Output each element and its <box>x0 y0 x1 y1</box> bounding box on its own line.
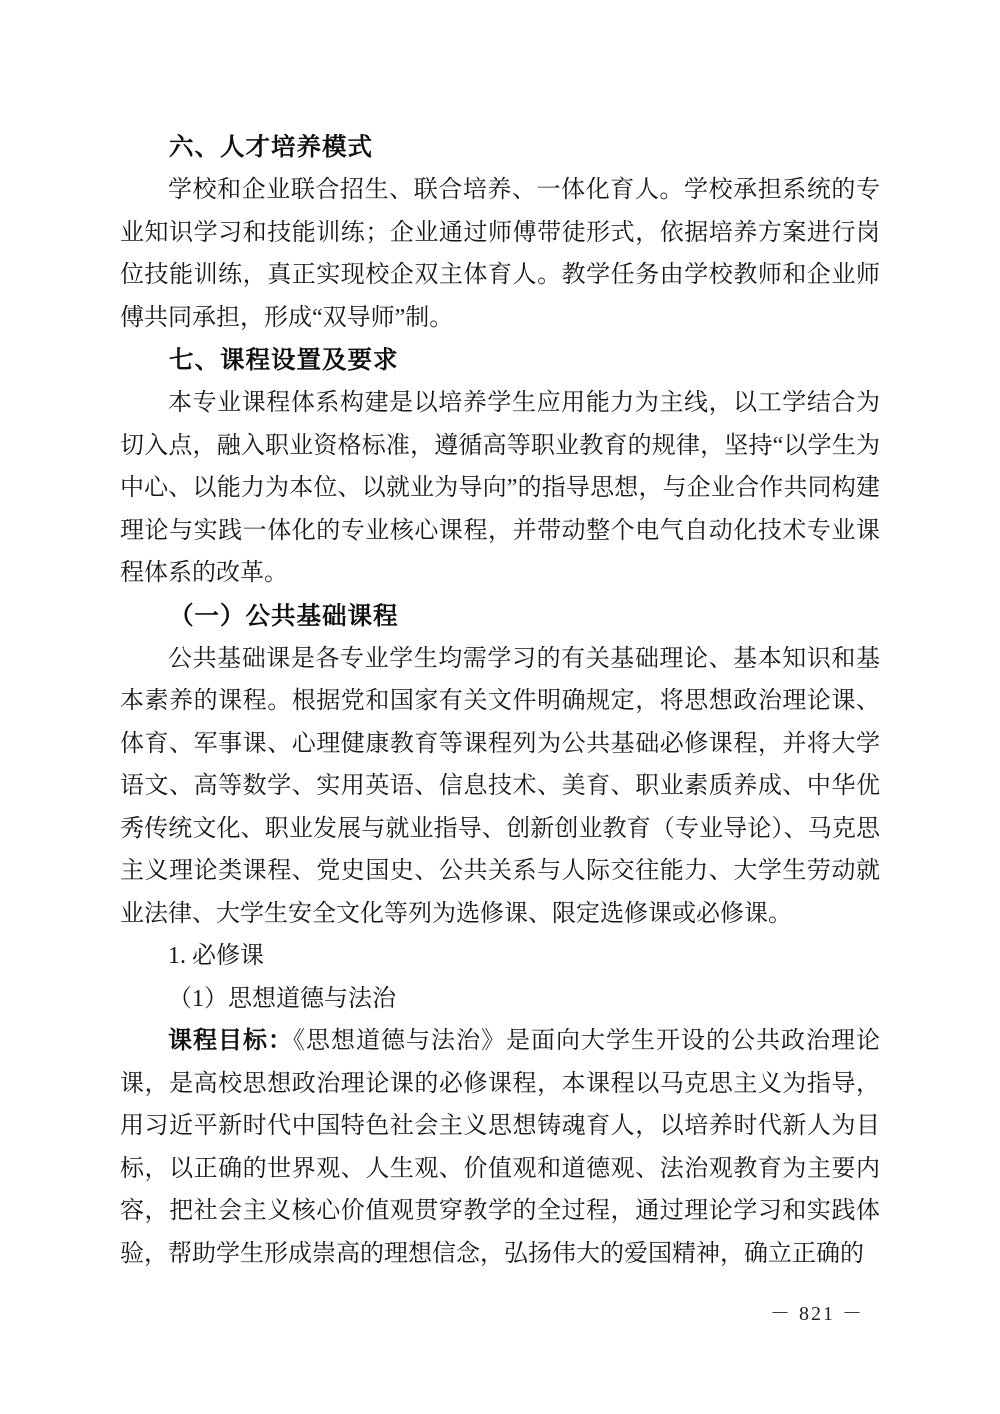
paragraph-course-goal: 课程目标：《思想道德与法治》是面向大学生开设的公共政治理论课，是高校思想政治理论… <box>120 1020 880 1275</box>
paragraph-public-basic-courses: 公共基础课是各专业学生均需学习的有关基础理论、基本知识和基本素养的课程。根据党和… <box>120 638 880 936</box>
page-content: 六、人才培养模式 学校和企业联合招生、联合培养、一体化育人。学校承担系统的专业知… <box>120 126 880 1275</box>
section-heading-talent-model: 六、人才培养模式 <box>120 126 880 169</box>
page-number: － 821 － <box>770 1303 864 1325</box>
list-item-required-courses: 1. 必修课 <box>120 935 880 978</box>
paragraph-talent-model: 学校和企业联合招生、联合培养、一体化育人。学校承担系统的专业知识学习和技能训练；… <box>120 169 880 339</box>
paragraph-curriculum-overview: 本专业课程体系构建是以培养学生应用能力为主线，以工学结合为切入点，融入职业资格标… <box>120 382 880 595</box>
list-item-ideology-morality-law: （1）思想道德与法治 <box>120 978 880 1021</box>
section-heading-curriculum: 七、课程设置及要求 <box>120 339 880 382</box>
document-page: 六、人才培养模式 学校和企业联合招生、联合培养、一体化育人。学校承担系统的专业知… <box>0 0 1000 1414</box>
course-goal-label: 课程目标： <box>168 1027 293 1054</box>
page-footer: － 821 － <box>770 1297 864 1326</box>
course-goal-text: 《思想道德与法治》是面向大学生开设的公共政治理论课，是高校思想政治理论课的必修课… <box>120 1028 880 1267</box>
subsection-heading-public-basic-courses: （一）公共基础课程 <box>120 595 880 638</box>
